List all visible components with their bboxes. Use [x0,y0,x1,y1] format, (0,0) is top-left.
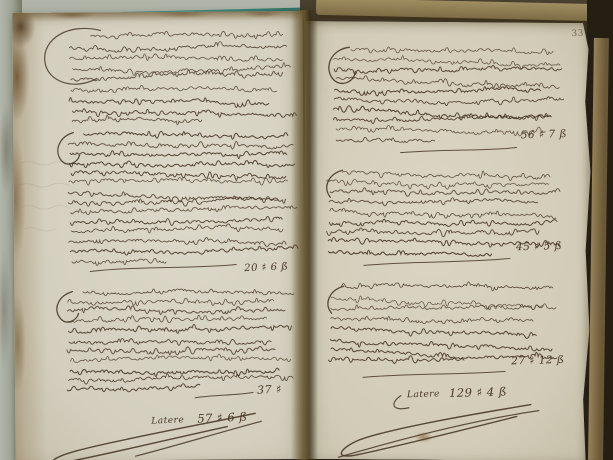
left-page: 20 ♯ 6 ß 37 ♯ Latere 57 ♯ 6 ß [12,11,305,460]
left-page-total-label: Latere [151,415,184,426]
right-page-total-label: Latere [407,389,440,400]
right-entry-3-amount: 27 ♯ 12 ß [511,354,565,367]
right-entry-2-amount: 45 ♯ 5 ß [516,240,562,253]
left-entry-3-amount: 37 ♯ [257,383,282,397]
manuscript-photo: 20 ♯ 6 ß 37 ♯ Latere 57 ♯ 6 ß 33 56 ♯ 7 … [0,0,613,460]
left-page-total-amount: 57 ♯ 6 ß [197,410,248,426]
right-page: 33 56 ♯ 7 ß 45 ♯ 5 ß 27 ♯ 12 ß Latere 12… [302,21,591,460]
book-gutter [291,10,318,460]
right-entry-1-amount: 56 ♯ 7 ß [521,128,567,141]
right-page-total-amount: 129 ♯ 4 ß [449,384,507,400]
left-entry-2-amount: 20 ♯ 6 ß [244,261,289,274]
folio-number: 33 [571,29,584,39]
